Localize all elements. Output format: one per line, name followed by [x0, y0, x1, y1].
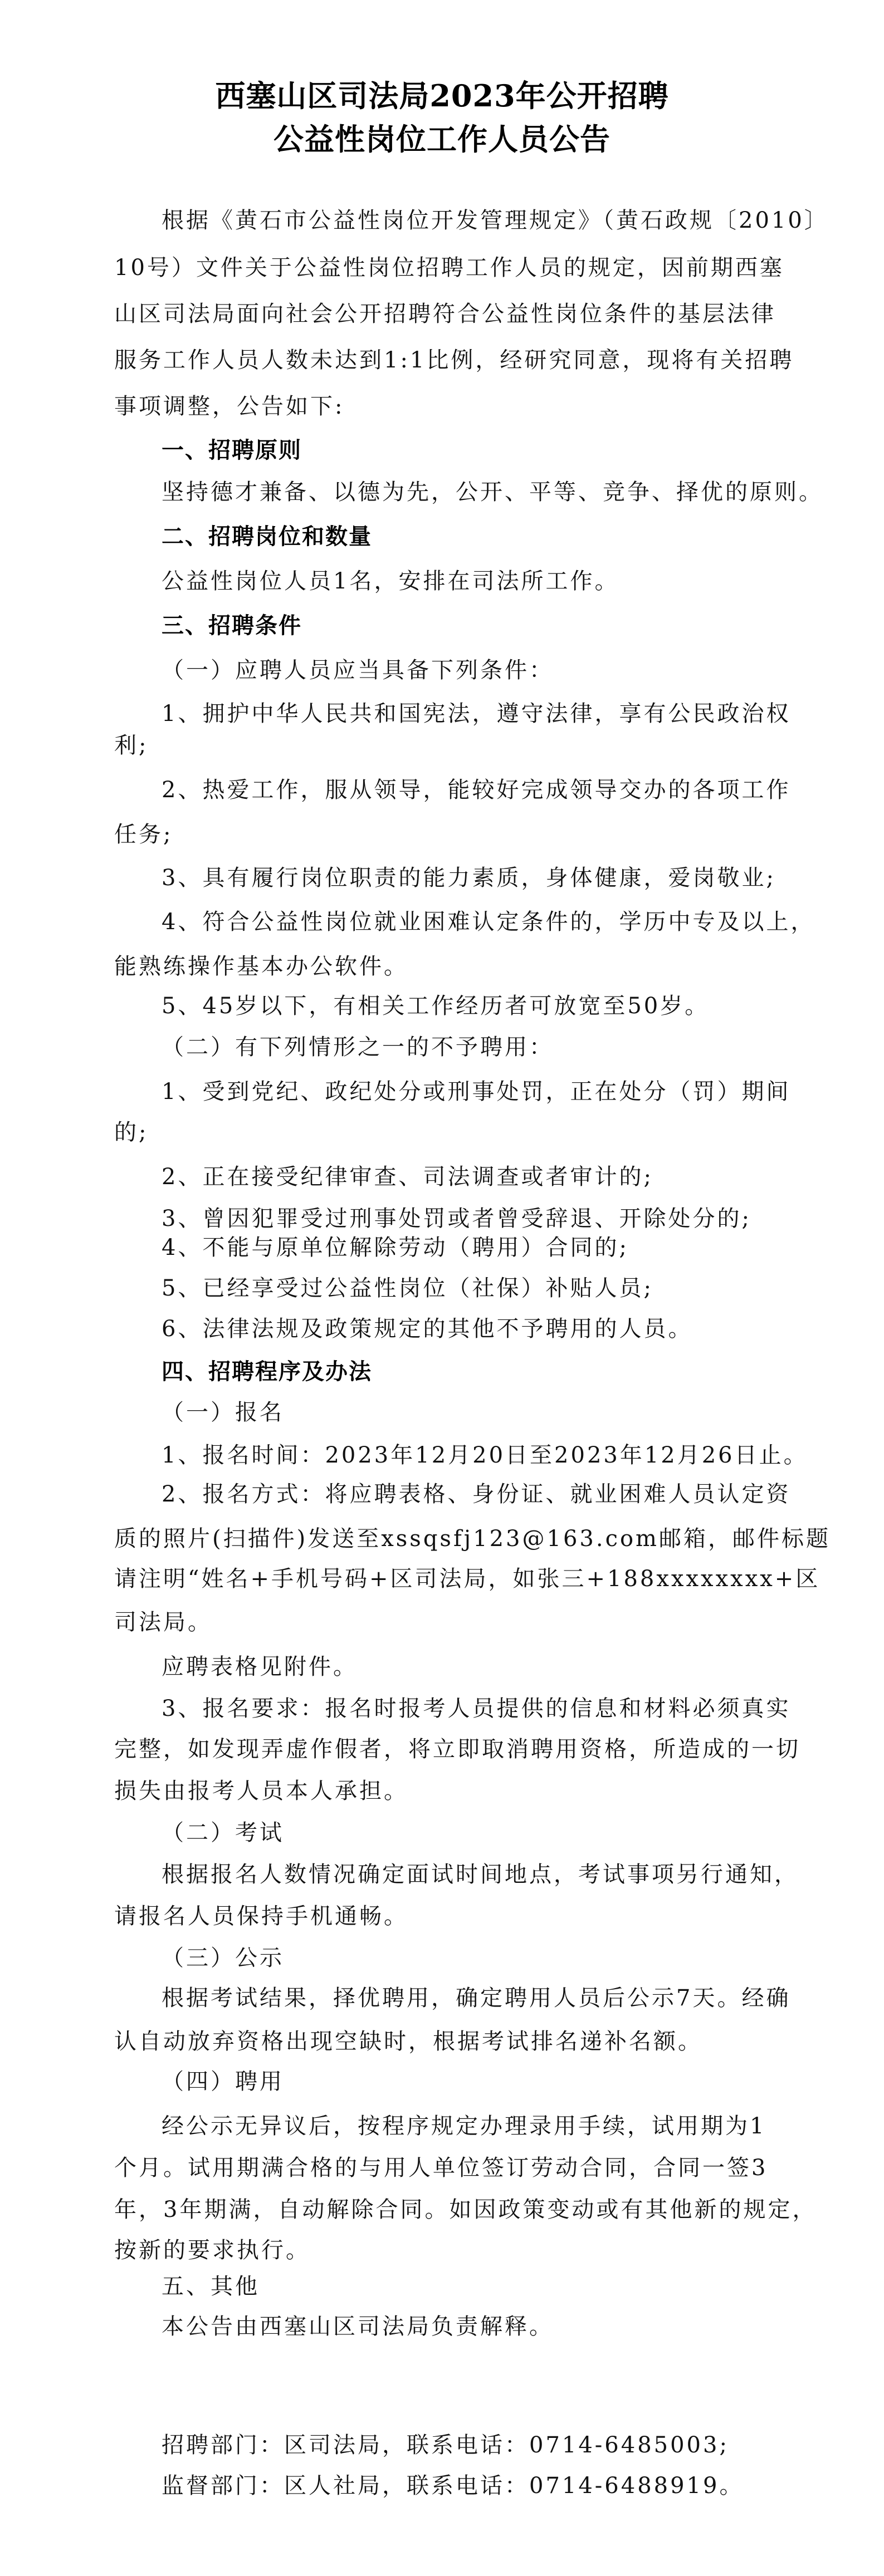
body-line: 认自动放弃资格出现空缺时，根据考试排名递补名额。 — [114, 2028, 702, 2055]
body-line: 4、不能与原单位解除劳动（聘用）合同的; — [162, 1234, 629, 1261]
body-line: 4、符合公益性岗位就业困难认定条件的，学历中专及以上， — [162, 909, 815, 935]
body-line: 五、其他 — [162, 2273, 260, 2300]
body-line: 司法局。 — [114, 1609, 212, 1636]
section-heading: 一、招聘原则 — [162, 437, 302, 464]
body-line: 利; — [114, 732, 148, 759]
body-line: 山区司法局面向社会公开招聘符合公益性岗位条件的基层法律 — [114, 301, 776, 327]
section-heading: 二、招聘岗位和数量 — [162, 523, 372, 550]
body-line: （三）公示 — [162, 1945, 284, 1971]
section-heading: 四、招聘程序及办法 — [162, 1358, 372, 1385]
body-line: 损失由报考人员本人承担。 — [114, 1778, 408, 1804]
body-line: 坚持德才兼备、以德为先，公开、平等、竞争、择优的原则。 — [162, 479, 823, 506]
body-line: 1、受到党纪、政纪处分或刑事处罚，正在处分（罚）期间 — [162, 1078, 790, 1105]
body-line: 请报名人员保持手机通畅。 — [114, 1903, 408, 1930]
title-line-1: 西塞山区司法局2023年公开招聘 — [0, 78, 884, 114]
body-line: 2、正在接受纪律审查、司法调查或者审计的; — [162, 1164, 653, 1190]
body-line: 的; — [114, 1119, 148, 1146]
section-heading: 三、招聘条件 — [162, 612, 302, 639]
body-line: 请注明“姓名+手机号码+区司法局，如张三+188xxxxxxxx+区 — [114, 1566, 820, 1592]
body-line: 3、曾因犯罪受过刑事处罚或者曾受辞退、开除处分的; — [162, 1205, 751, 1232]
body-line: 个月。试用期满合格的与用人单位签订劳动合同，合同一签3 — [114, 2155, 768, 2181]
body-line: 3、报名要求：报名时报考人员提供的信息和材料必须真实 — [162, 1695, 790, 1722]
body-line: （四）聘用 — [162, 2068, 284, 2095]
body-line: （二）考试 — [162, 1819, 284, 1846]
title-line-2: 公益性岗位工作人员公告 — [0, 121, 884, 157]
body-line: 年，3年期满，自动解除合同。如因政策变动或有其他新的规定， — [114, 2196, 817, 2223]
body-line: 10号）文件关于公益性岗位招聘工作人员的规定，因前期西塞 — [114, 254, 784, 281]
body-line: 应聘表格见附件。 — [162, 1653, 358, 1680]
body-line: 3、具有履行岗位职责的能力素质，身体健康，爱岗敬业; — [162, 865, 776, 891]
body-line: 根据《黄石市公益性岗位开发管理规定》（黄石政规〔2010〕 — [162, 207, 829, 234]
body-line: （一）应聘人员应当具备下列条件： — [162, 657, 554, 684]
body-line: 2、报名方式：将应聘表格、身份证、就业困难人员认定资 — [162, 1481, 790, 1508]
body-line: 质的照片(扫描件)发送至xssqsfj123@163.com邮箱，邮件标题 — [114, 1525, 831, 1552]
body-line: （二）有下列情形之一的不予聘用： — [162, 1034, 554, 1061]
body-line: 5、已经享受过公益性岗位（社保）补贴人员; — [162, 1275, 653, 1302]
body-line: 5、45岁以下，有相关工作经历者可放宽至50岁。 — [162, 993, 709, 1019]
body-line: 任务; — [114, 821, 173, 848]
body-line: （一）报名 — [162, 1399, 284, 1426]
body-line: 公益性岗位人员1名，安排在司法所工作。 — [162, 568, 619, 595]
body-line: 按新的要求执行。 — [114, 2237, 310, 2264]
body-line: 完整，如发现弄虚作假者，将立即取消聘用资格，所造成的一切 — [114, 1736, 800, 1763]
body-line: 1、报名时间：2023年12月20日至2023年12月26日止。 — [162, 1442, 808, 1469]
body-line: 2、热爱工作，服从领导，能较好完成领导交办的各项工作 — [162, 777, 790, 803]
body-line: 根据报名人数情况确定面试时间地点，考试事项另行通知， — [162, 1861, 799, 1888]
body-line: 1、拥护中华人民共和国宪法，遵守法律，享有公民政治权 — [162, 700, 790, 727]
body-line: 服务工作人员人数未达到1:1比例，经研究同意，现将有关招聘 — [114, 347, 794, 374]
body-line: 能熟练操作基本办公软件。 — [114, 953, 408, 980]
body-line: 经公示无异议后，按程序规定办理录用手续，试用期为1 — [162, 2113, 766, 2140]
contact-line: 招聘部门：区司法局，联系电话：0714-6485003; — [162, 2432, 729, 2459]
body-line: 6、法律法规及政策规定的其他不予聘用的人员。 — [162, 1316, 692, 1342]
body-line: 事项调整，公告如下: — [114, 393, 344, 420]
body-line: 本公告由西塞山区司法局负责解释。 — [162, 2313, 554, 2340]
body-line: 根据考试结果，择优聘用，确定聘用人员后公示7天。经确 — [162, 1985, 790, 2011]
contact-line: 监督部门：区人社局，联系电话：0714-6488919。 — [162, 2472, 744, 2499]
announcement-page: 西塞山区司法局2023年公开招聘 公益性岗位工作人员公告 根据《黄石市公益性岗位… — [0, 0, 884, 2576]
